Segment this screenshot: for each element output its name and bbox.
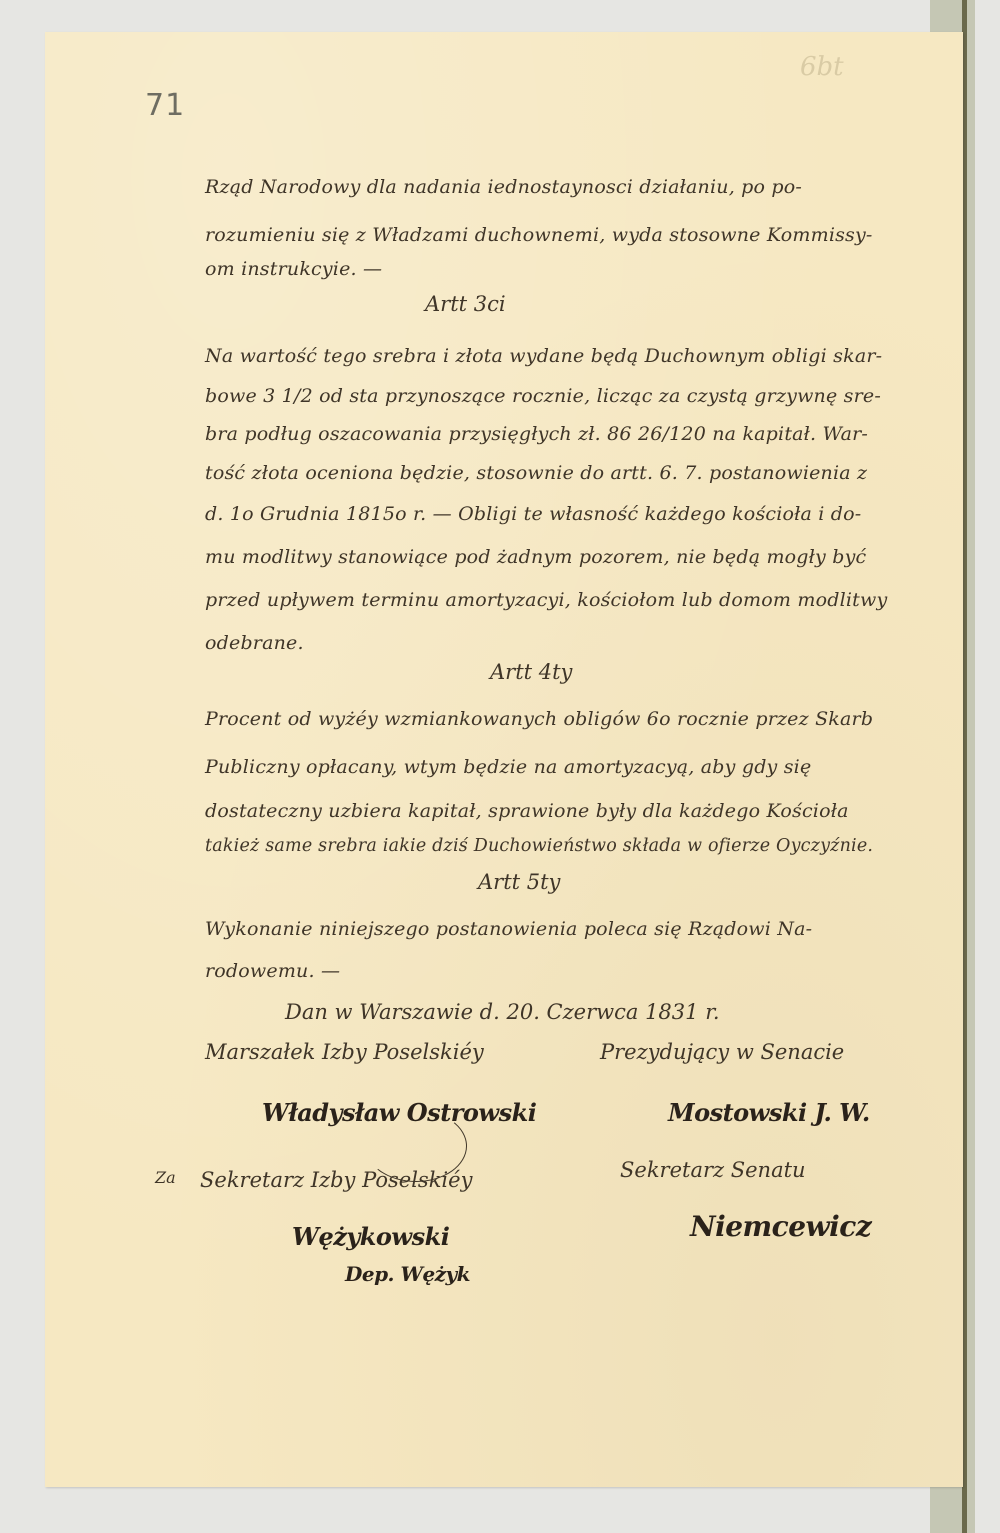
text-line: dostateczny uzbiera kapitał, sprawione b… xyxy=(205,800,965,822)
text-line: mu modlitwy stanowiące pod żadnym pozore… xyxy=(205,546,965,568)
text-line: bra podług oszacowania przysięgłych zł. … xyxy=(205,423,965,445)
corner-pencil-note: 6bt xyxy=(800,52,844,82)
chamber-secretary-title: Sekretarz Izby Poselskiéy xyxy=(200,1168,472,1192)
secretary-prefix: Za xyxy=(155,1168,176,1187)
text-line: odebrane. xyxy=(205,632,965,654)
text-line: bowe 3 1/2 od sta przynoszące rocznie, l… xyxy=(205,385,965,407)
signature-chamber-secretary: Wężykowski xyxy=(292,1222,449,1251)
article-heading-5: Artt 5ty xyxy=(478,870,560,894)
text-line: om instrukcyie. — xyxy=(205,258,965,280)
text-line: Wykonanie niniejszego postanowienia pole… xyxy=(205,918,965,940)
text-line: Na wartość tego srebra i złota wydane bę… xyxy=(205,345,965,367)
article-heading-3: Artt 3ci xyxy=(425,292,506,316)
signature-deputy: Dep. Wężyk xyxy=(345,1262,470,1286)
marshal-title: Marszałek Izby Poselskiéy xyxy=(205,1040,484,1064)
text-line: takież same srebra iakie dziś Duchowieńs… xyxy=(205,836,965,856)
text-line: d. 1o Grudnia 1815o r. — Obligi te własn… xyxy=(205,503,965,525)
folio-number: 71 xyxy=(145,88,185,123)
senate-president-title: Prezydujący w Senacie xyxy=(600,1040,844,1064)
signature-senate-secretary: Niemcewicz xyxy=(690,1210,871,1243)
text-line: rozumieniu się z Władzami duchownemi, wy… xyxy=(205,224,965,246)
text-line: przed upływem terminu amortyzacyi, kości… xyxy=(205,589,965,611)
text-line: tość złota oceniona będzie, stosownie do… xyxy=(205,462,965,484)
text-line: rodowemu. — xyxy=(205,960,965,982)
signature-senate-president: Mostowski J. W. xyxy=(668,1098,870,1127)
senate-secretary-title: Sekretarz Senatu xyxy=(620,1158,806,1182)
text-line: Procent od wyżéy wzmiankowanych obligów … xyxy=(205,708,965,730)
date-line: Dan w Warszawie d. 20. Czerwca 1831 r. xyxy=(285,1000,720,1024)
text-line: Publiczny opłacany, wtym będzie na amort… xyxy=(205,756,965,778)
text-line: Rząd Narodowy dla nadania iednostaynosci… xyxy=(205,176,965,198)
article-heading-4: Artt 4ty xyxy=(490,660,572,684)
